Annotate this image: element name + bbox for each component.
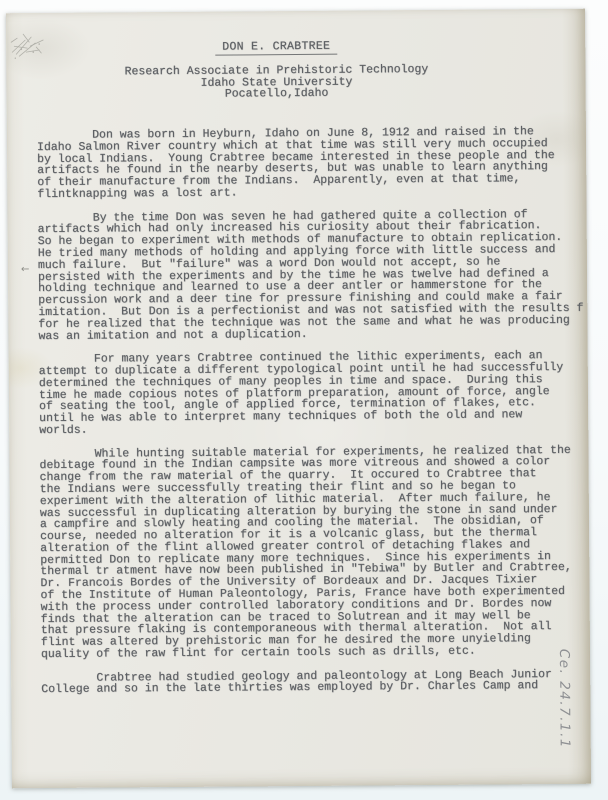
title-row: DON E. CRABTREE	[36, 39, 516, 57]
paragraph-education: Crabtree had studied geology and paleont…	[41, 668, 590, 696]
page-title: DON E. CRABTREE	[215, 41, 337, 56]
paragraph-birth: Don was born in Heyburn, Idaho on June 8…	[37, 126, 587, 201]
paragraph-lithic-experiments: For many years Crabtree continued the li…	[39, 350, 589, 437]
document-body: Don was born in Heyburn, Idaho on June 8…	[37, 126, 591, 708]
document-header: DON E. CRABTREE Research Associate in Pr…	[36, 39, 516, 102]
margin-arrow-mark: ←	[21, 264, 29, 275]
archive-number-handwritten: Ce. 24.7.1.1	[552, 614, 573, 784]
document-page: DON E. CRABTREE Research Associate in Pr…	[6, 9, 591, 789]
scan-background: { "header": { "title": "DON E. CRABTREE"…	[0, 0, 608, 800]
header-location: Pocatello,Idaho	[37, 87, 517, 103]
paragraph-thermal-alteration: While hunting suitable material for expe…	[39, 444, 590, 661]
paragraph-early-experiments: By the time Don was seven he had gathere…	[38, 208, 588, 342]
